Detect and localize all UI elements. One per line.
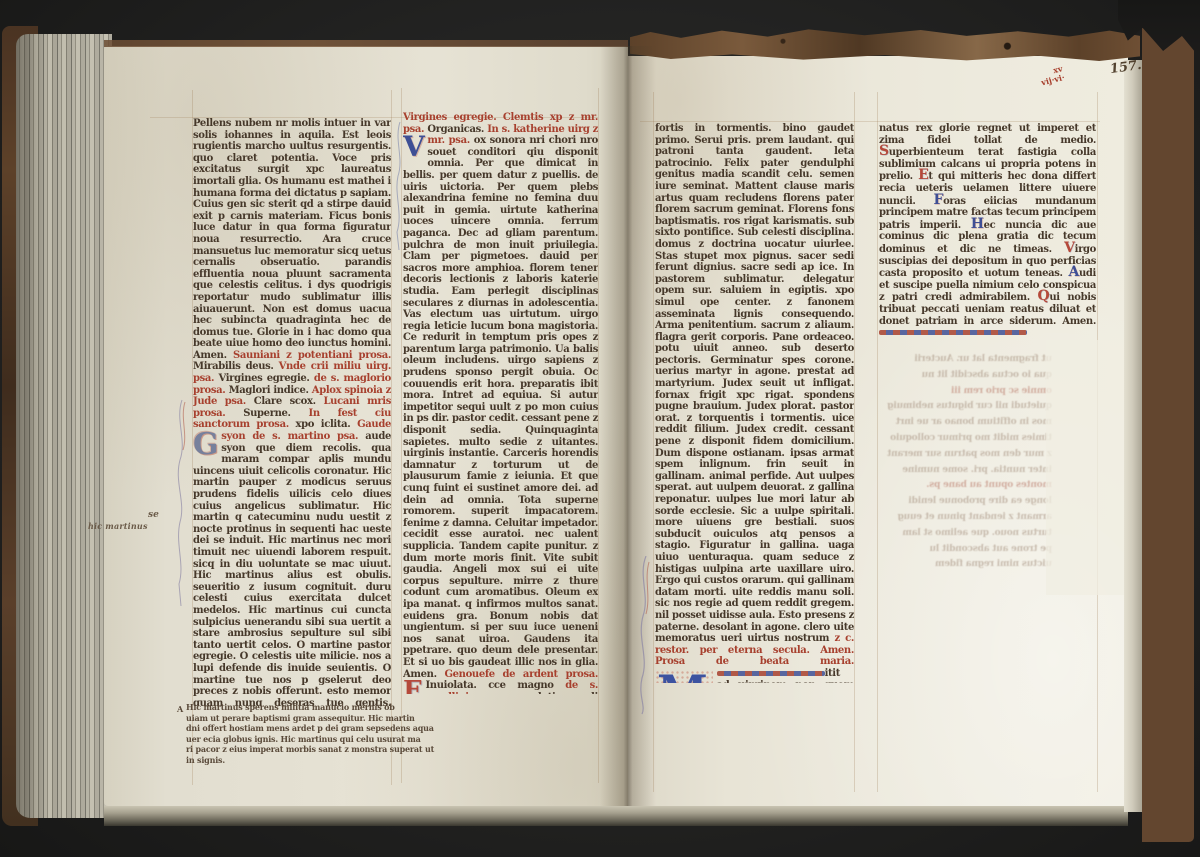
verso-showthrough-text: ut fragmenta lat ur. Aucteriiqua io octu… bbox=[876, 352, 1052, 590]
ruling-line-horizontal bbox=[640, 121, 1100, 122]
manuscript-photo: Pellens nubem nr molis intuer in var sol… bbox=[0, 0, 1200, 857]
ruling-line bbox=[653, 92, 654, 792]
blank-vellum-band bbox=[1046, 340, 1124, 595]
left-page-column-1: Pellens nubem nr molis intuer in var sol… bbox=[193, 118, 391, 706]
left-page-column-2: Virgines egregie. Clemtis xp z mr. psa. … bbox=[403, 112, 598, 694]
right-page-column-2: natus rex glorie regnet ut imperet et zi… bbox=[879, 123, 1096, 355]
ruling-line bbox=[854, 92, 855, 792]
footnote-marker: A bbox=[177, 704, 183, 714]
bottom-page-edge bbox=[104, 806, 1128, 826]
ruling-line bbox=[598, 88, 599, 783]
leather-cover-right bbox=[1142, 20, 1194, 842]
ruling-line bbox=[391, 90, 392, 785]
page-stack-fore-edge bbox=[16, 34, 112, 818]
top-edge-leather-left bbox=[104, 40, 628, 47]
margin-note-hic-martinus: hic martinus bbox=[88, 521, 148, 531]
right-page-column-1: fortis in tormentis. bino gaudet primo. … bbox=[655, 123, 854, 683]
ruling-line bbox=[401, 88, 402, 783]
footnote-annotation: Hic martinus sperens militia manucio mer… bbox=[186, 702, 438, 765]
margin-pen-trial: se bbox=[148, 510, 159, 520]
